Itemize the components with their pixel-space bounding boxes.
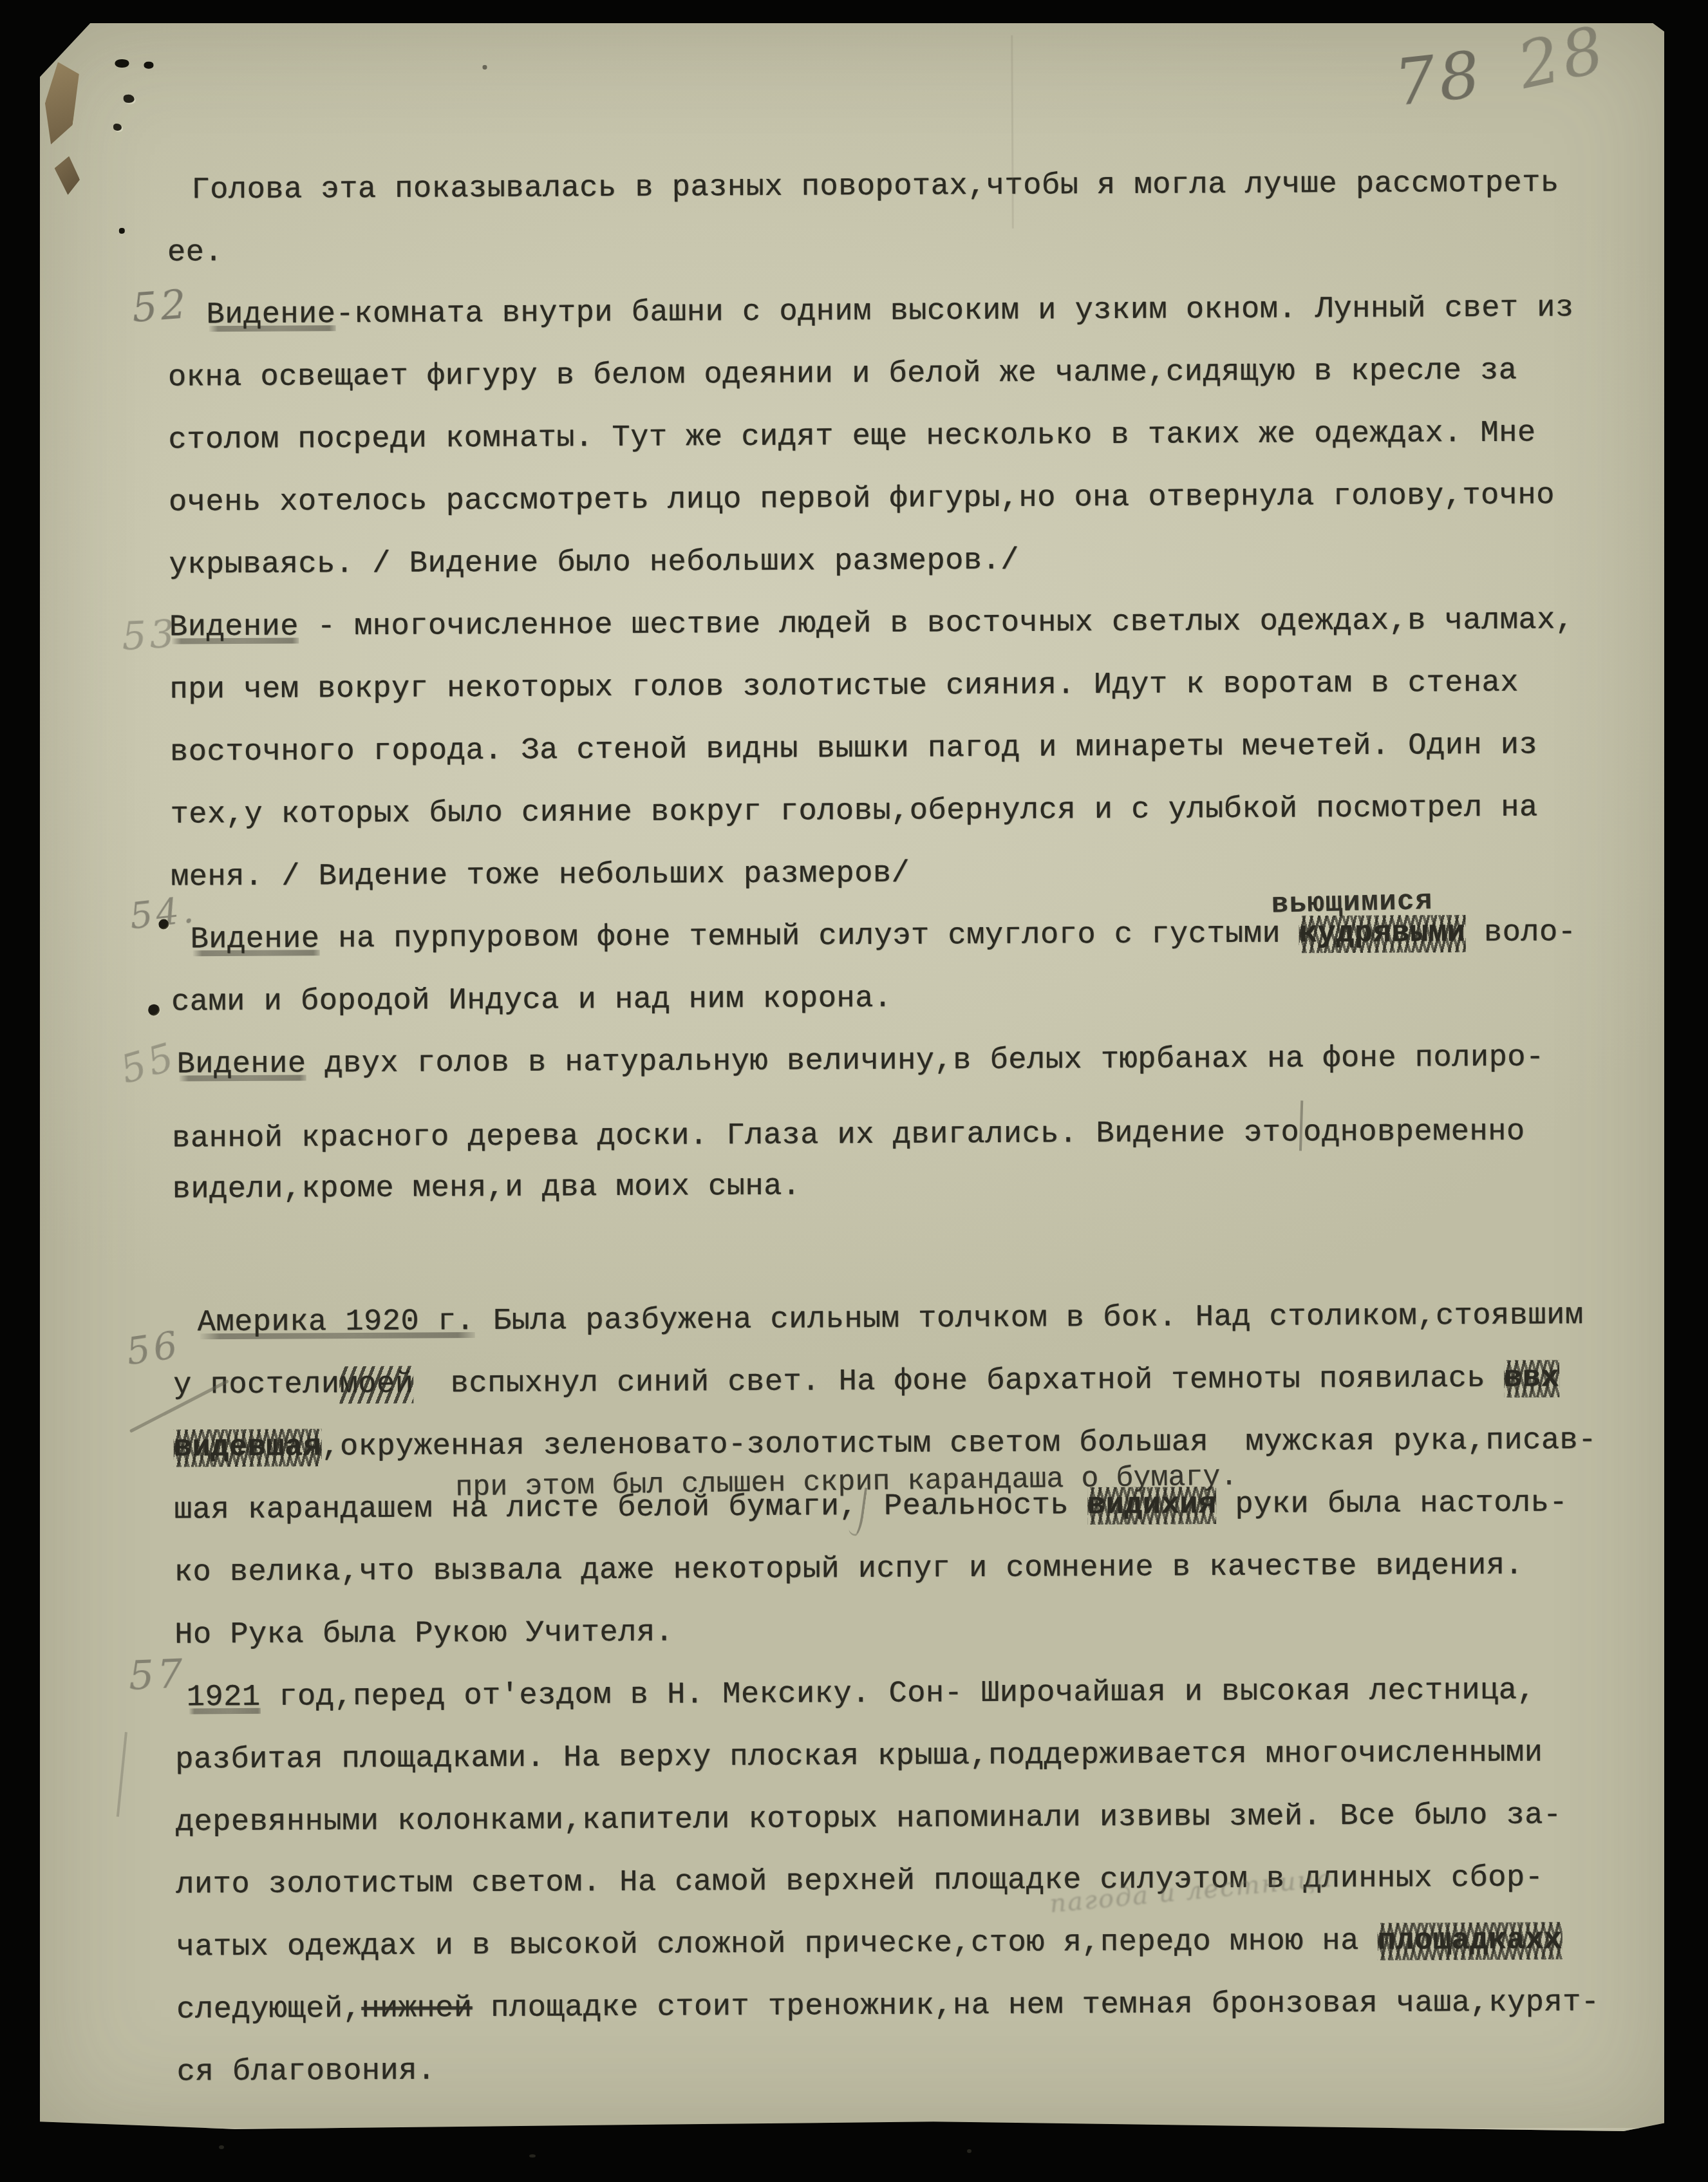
paragraph-53: Видение - многочисленное шествие людей в… [169, 599, 1594, 919]
pencil-underlined-text: Видение [176, 1047, 306, 1082]
paper-hole [158, 919, 169, 930]
typed-line: 1921 год,перед от'ездом в Н. Мексику. Со… [175, 1669, 1599, 1740]
typed-text-segment: укрываясь. / Видение было небольших разм… [169, 544, 1019, 583]
typed-line: Видение - многочисленное шествие людей в… [169, 599, 1593, 670]
struck-text: нижней [361, 1991, 473, 2026]
typed-line: Голова эта показывалась в разных поворот… [167, 162, 1590, 232]
typed-text-segment: окна освещает фигуру в белом одеянии и б… [168, 354, 1517, 395]
typed-line: чатых одеждах и в высокой сложной причес… [176, 1919, 1600, 1989]
typed-line: очень хотелось рассмотреть лицо первой ф… [169, 475, 1592, 545]
typed-line: у постелимоей вспыхнул синий свет. На фо… [173, 1357, 1597, 1427]
interline-typed-correction: вьющимися [1271, 885, 1433, 921]
overstruck-text: кудрявыми [1299, 915, 1466, 953]
typed-text-segment: Но Рука была Рукою Учителя. [174, 1615, 673, 1652]
typed-text-segment: разбитая площадками. На верху плоская кр… [175, 1736, 1543, 1777]
slash-struck-text: моей [339, 1366, 413, 1404]
typed-line: следующей,нижней площадке стоит треножни… [176, 1982, 1600, 2052]
typed-line: сами и бородой Индуса и над ним корона. [171, 974, 1595, 1044]
ink-speck [115, 59, 129, 68]
ink-speck [144, 62, 153, 69]
paragraph-54: Видение на пурпуровом фоне темный силуэт… [171, 912, 1594, 1044]
typed-text-segment: сами и бородой Индуса и над ним корона. [171, 982, 892, 1020]
paper-tear [124, 95, 135, 103]
typed-text-segment: следующей, [176, 1992, 361, 2027]
typed-text-segment: воло- [1465, 916, 1577, 950]
typed-line: Америка 1920 г. Была разбужена сильным т… [173, 1295, 1597, 1365]
typed-text-segment: ее. [167, 236, 223, 270]
pencil-underlined-text: Видение [206, 297, 335, 332]
pencil-underlined-text: 1921 [187, 1680, 261, 1715]
paragraph-52: Видение-комната внутри башни с одним выс… [167, 287, 1592, 607]
scan-dust [529, 2154, 536, 2158]
scanned-document-screenshot: { "page": { "kind": "typewritten archive… [0, 0, 1708, 2182]
typed-text-segment: восточного города. За стеной видны вышки… [170, 728, 1537, 769]
annotation-layer: 7828525354.555657вьющимисяпри этом был с… [35, 19, 1660, 27]
margin-number-54: 54. [127, 889, 199, 937]
paragraph-intro: Голова эта показывалась в разных поворот… [167, 162, 1590, 295]
typed-text-segment: лито золотистым светом. На самой верхней… [176, 1861, 1543, 1902]
typed-line: Видение двух голов в натуральную величин… [171, 1037, 1595, 1107]
typed-line: лито золотистым светом. На самой верхней… [176, 1857, 1599, 1927]
typed-line: ко велика,что вызвала даже некоторый исп… [174, 1545, 1598, 1615]
paper-crease [1011, 35, 1014, 229]
typed-line: столом посреди комнаты. Тут же сидят еще… [168, 412, 1591, 482]
typed-line: тех,у которых было сияние вокруг головы,… [170, 787, 1593, 857]
typed-line: Но Рука была Рукою Учителя. [174, 1607, 1598, 1677]
typed-line: ся благовония. [177, 2044, 1600, 2114]
typed-line: при чем вокруг некоторых голов золотисты… [169, 662, 1593, 732]
typed-line: разбитая площадками. На верху плоская кр… [175, 1732, 1599, 1802]
paper-hole [148, 1004, 160, 1016]
scan-dust [967, 2149, 971, 2153]
typed-line: Видение-комната внутри башни с одним выс… [167, 287, 1591, 357]
typed-line: ее. [167, 225, 1591, 295]
typed-text-segment: на пурпуровом фоне темный силуэт смуглог… [319, 917, 1299, 956]
typed-text-segment: тех,у которых было сияние вокруг головы,… [170, 791, 1537, 832]
typed-text: Голова эта показывалась в разных поворот… [167, 162, 1600, 2114]
typed-text-segment: чатых одеждах и в высокой сложной причес… [176, 1924, 1378, 1965]
ink-speck [119, 228, 125, 234]
typed-text-segment: - многочисленное шествие людей в восточн… [299, 603, 1574, 644]
page-number-28: 28 [1511, 11, 1613, 104]
typed-text-segment: при чем вокруг некоторых голов золотисты… [169, 666, 1519, 708]
paper-tear [113, 124, 122, 131]
typed-text-segment: Голова эта показывалась в разных поворот… [191, 166, 1559, 207]
typed-text-segment: Была разбужена сильным толчком в бок. На… [474, 1299, 1584, 1339]
pencil-underlined-text: Видение [190, 922, 319, 957]
pencil-stroke-57 [117, 1732, 127, 1817]
typed-line: окна освещает фигуру в белом одеянии и б… [168, 350, 1591, 420]
paragraph-55: Видение двух голов в натуральную величин… [171, 1037, 1595, 1232]
pencil-underlined-text: Видение [169, 610, 299, 644]
typed-text-segment: ,окруженная зеленовато-золотистым светом… [321, 1424, 1597, 1464]
page-content: Голова эта показывалась в разных поворот… [35, 19, 1671, 2135]
typed-text-segment: руки была настоль- [1217, 1486, 1568, 1522]
overstruck-text: видевшая [174, 1429, 322, 1467]
typed-text-segment: меня. / Видение тоже небольших размеров/ [171, 857, 910, 895]
typed-text-segment: ванной красного дерева доски. Глаза их д… [172, 1116, 1299, 1156]
typed-line: Видение на пурпуровом фоне темный силуэт… [171, 912, 1594, 982]
typed-text-segment: столом посреди комнаты. Тут же сидят еще… [168, 416, 1535, 457]
margin-number-53: 53 [121, 612, 178, 659]
typed-text-segment: деревянными колонками,капители которых н… [176, 1798, 1562, 1839]
typed-text-segment: год,перед от'ездом в Н. Мексику. Сон- Ши… [260, 1673, 1535, 1714]
margin-number-52: 52 [130, 280, 191, 331]
scan-dust [219, 2145, 224, 2149]
typed-text-segment: двух голов в натуральную величину,в белы… [306, 1040, 1544, 1081]
margin-number-57: 57 [127, 1650, 187, 1699]
paragraph-57: 1921 год,перед от'ездом в Н. Мексику. Со… [175, 1669, 1600, 2114]
overstruck-text: ввх [1504, 1360, 1559, 1397]
typed-line: деревянными колонками,капители которых н… [176, 1794, 1599, 1865]
typed-line: ванной красного дерева доски. Глаза их д… [172, 1099, 1595, 1169]
typed-text-segment: ко велика,что вызвала даже некоторый исп… [174, 1549, 1524, 1590]
typed-text-segment: одновременно [1303, 1115, 1525, 1151]
typed-text-segment: площадке стоит треножник,на нем темная б… [472, 1986, 1599, 2026]
typed-text-segment: -комната внутри башни с одним высоким и … [335, 291, 1573, 332]
typed-text-segment: видели,кроме меня,и два моих сына. [172, 1169, 800, 1207]
margin-number-56: 56 [124, 1322, 183, 1373]
typed-line: укрываясь. / Видение было небольших разм… [169, 537, 1592, 607]
typed-line: видели,кроме меня,и два моих сына. [172, 1162, 1595, 1232]
typed-text-segment: ся благовония. [177, 2054, 436, 2089]
typed-text-segment: вспыхнул синий свет. На фоне бархатной т… [413, 1362, 1504, 1402]
typed-line: восточного города. За стеной видны вышки… [170, 724, 1593, 795]
pencil-underlined-text: Америка 1920 г. [198, 1304, 475, 1340]
ink-speck [482, 65, 487, 70]
overstruck-text: площадкахх [1377, 1922, 1562, 1961]
typed-text-segment: очень хотелось рассмотреть лицо первой ф… [169, 478, 1555, 520]
document-page: Голова эта показывалась в разных поворот… [40, 23, 1664, 2131]
page-number-78: 78 [1391, 37, 1487, 121]
